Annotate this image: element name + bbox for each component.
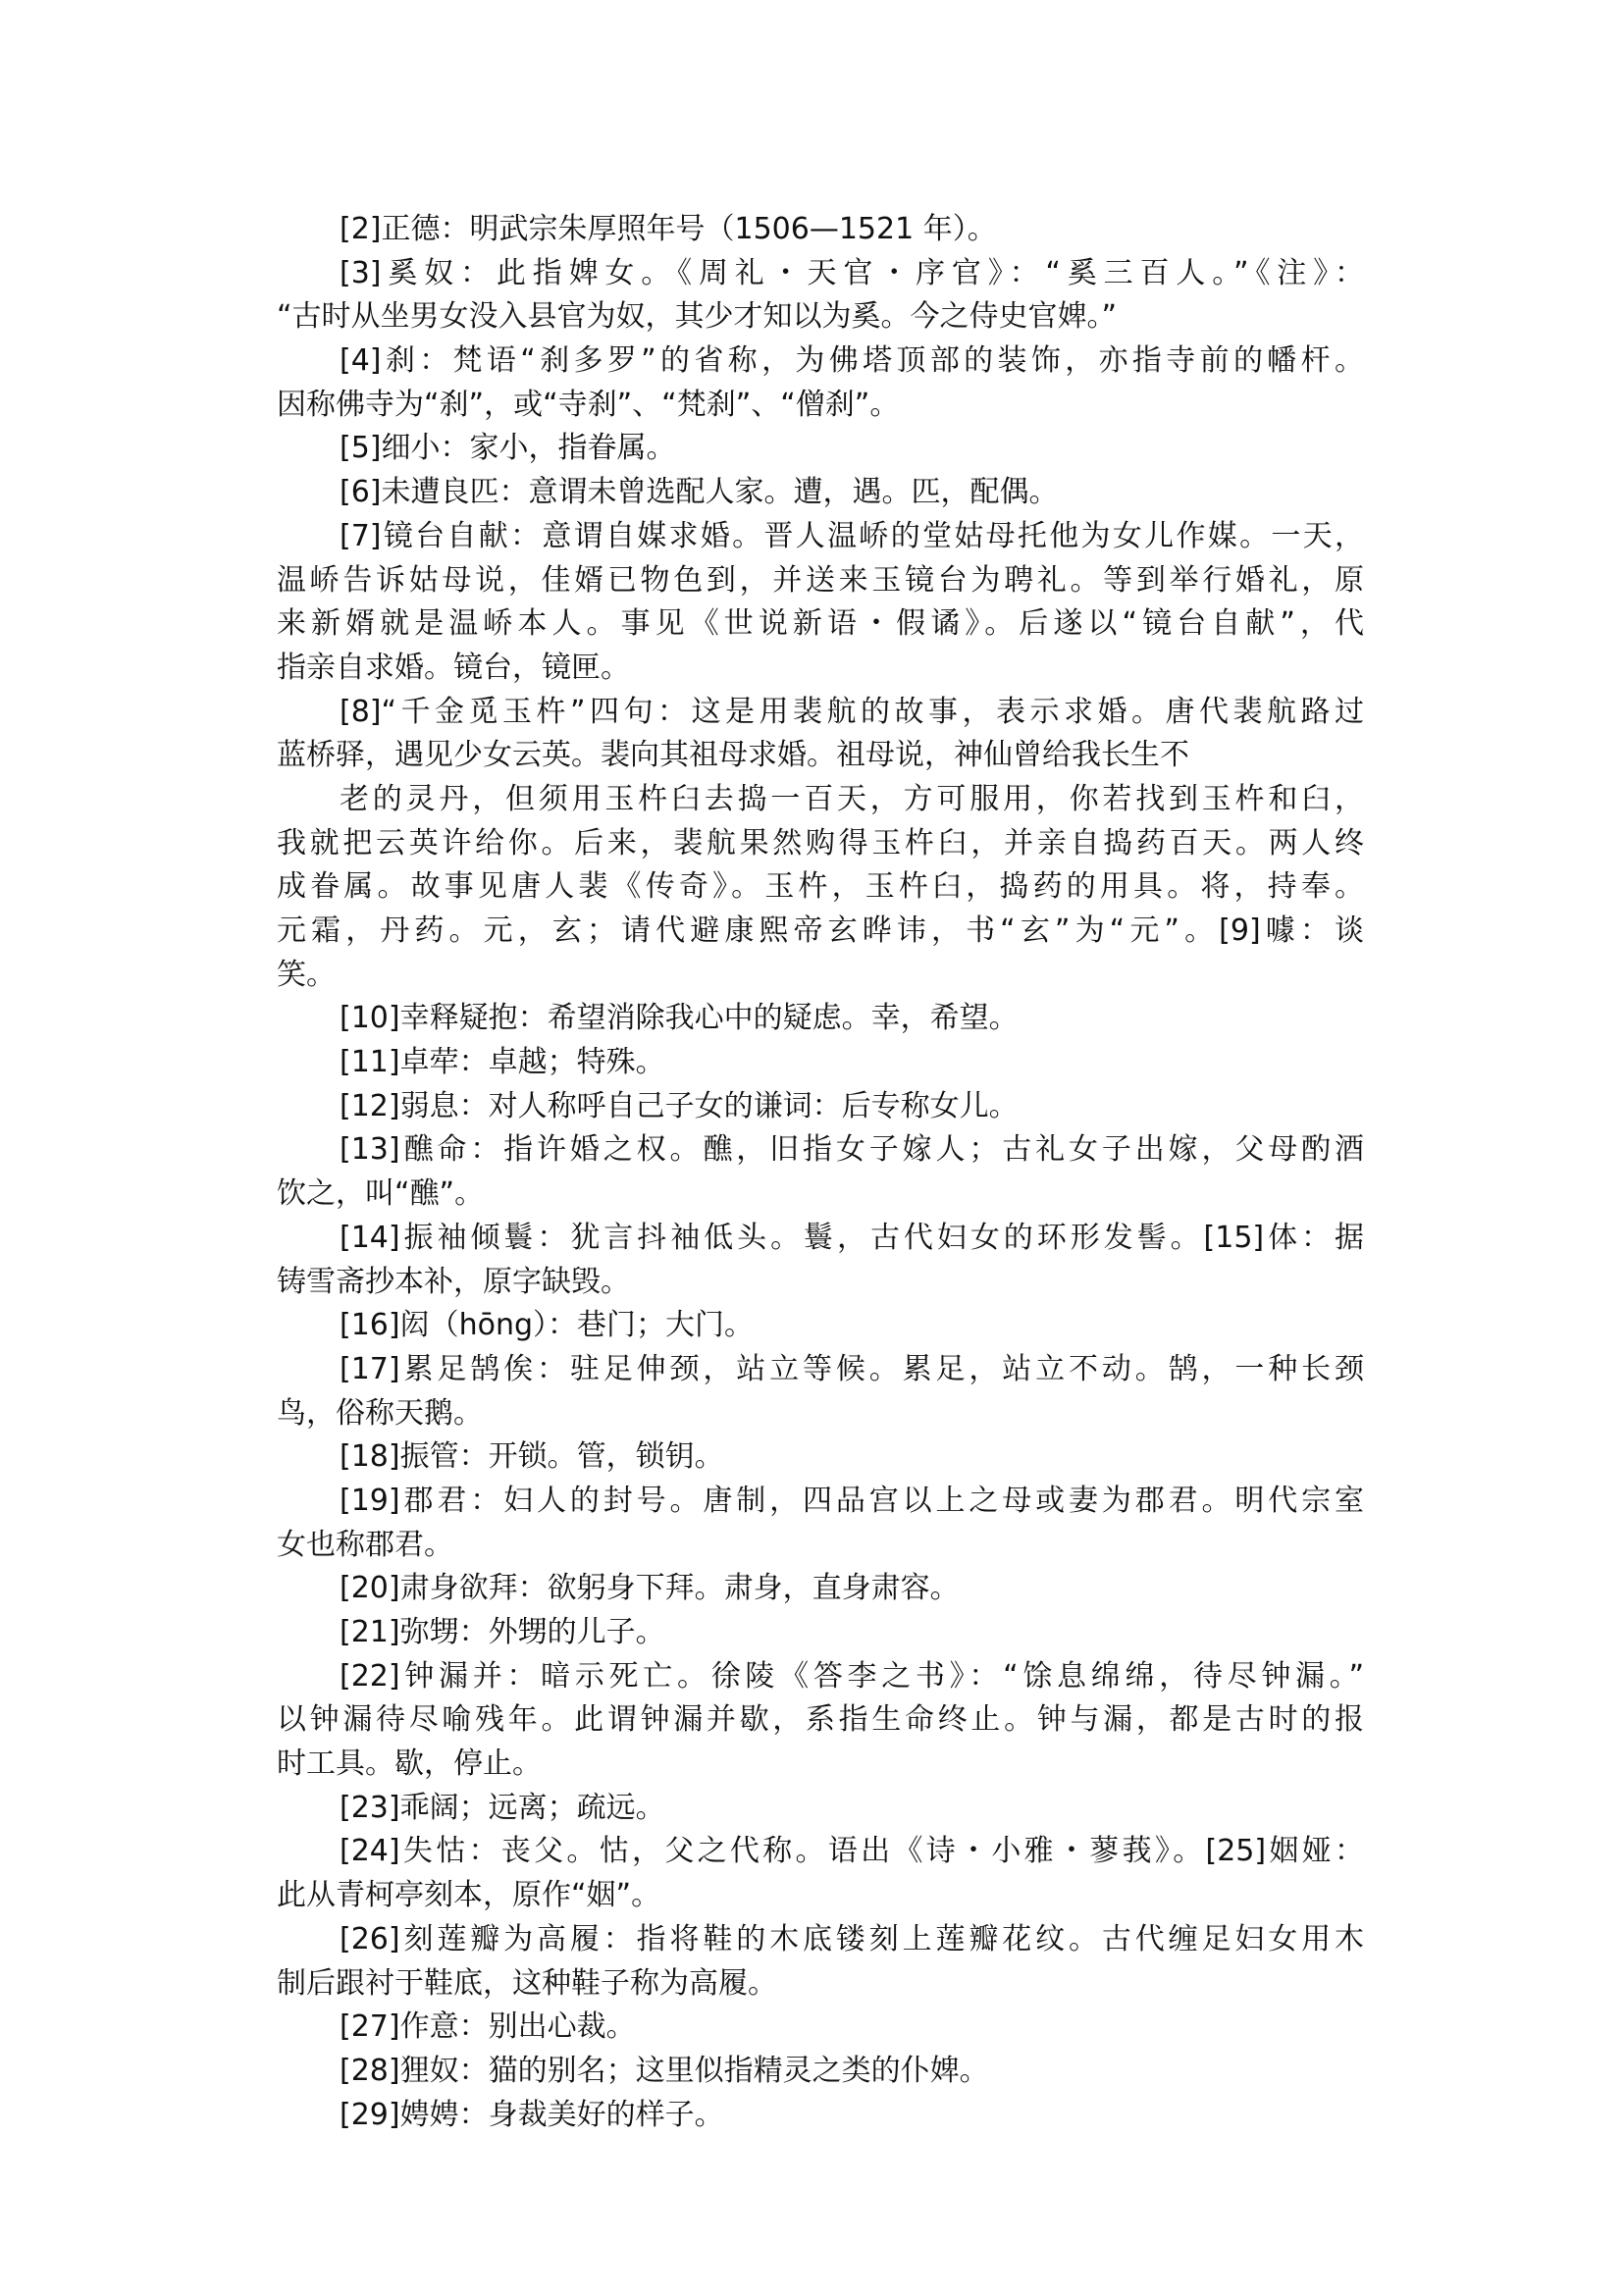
note-text-line: [3]奚奴：此指婢女。《周礼・天官・序官》：“奚三百人。”《注》：	[277, 252, 1364, 296]
note-text-line: 元霜，丹药。元，玄；请代避康熙帝玄晔讳，书“玄”为“元”。[9]噱：谈	[277, 910, 1364, 954]
note-text-line: 因称佛寺为“刹”，或“寺刹”、“梵刹”、“僧刹”。	[277, 384, 1364, 428]
note-text-line: 温峤告诉姑母说，佳婿已物色到，并送来玉镜台为聘礼。等到举行婚礼，原	[277, 559, 1364, 603]
note-text-line: 女也称郡君。	[277, 1524, 1364, 1568]
note-text-line: [29]娉娉：身裁美好的样子。	[277, 2094, 1364, 2138]
note-text-line: 时工具。歇，停止。	[277, 1743, 1364, 1787]
note-text-line: [20]肃身欲拜：欲躬身下拜。肃身，直身肃容。	[277, 1567, 1364, 1611]
note-text-line: 制后跟衬于鞋底，这种鞋子称为高履。	[277, 1962, 1364, 2007]
annotation-notes-page: [2]正德：明武宗朱厚照年号（1506—1521 年）。[3]奚奴：此指婢女。《…	[277, 208, 1364, 2137]
note-text-line: 此从青柯亭刻本，原作“姻”。	[277, 1874, 1364, 1918]
note-text-line: [13]醮命：指许婚之权。醮，旧指女子嫁人；古礼女子出嫁，父母酌酒	[277, 1128, 1364, 1173]
note-text-line: [21]弥甥：外甥的儿子。	[277, 1611, 1364, 1655]
note-text-line: [27]作意：别出心裁。	[277, 2006, 1364, 2050]
note-text-line: [16]闳（hōng）：巷门；大门。	[277, 1304, 1364, 1348]
note-text-line: 蓝桥驿，遇见少女云英。裴向其祖母求婚。祖母说，神仙曾给我长生不	[277, 734, 1364, 778]
note-text-line: 饮之，叫“醮”。	[277, 1173, 1364, 1217]
note-text-line: [24]失怙：丧父。怙，父之代称。语出《诗・小雅・蓼莪》。[25]姻娅：	[277, 1830, 1364, 1874]
note-text-line: [2]正德：明武宗朱厚照年号（1506—1521 年）。	[277, 208, 1364, 252]
note-text-line: 指亲自求婚。镜台，镜匣。	[277, 647, 1364, 691]
note-text-line: [22]钟漏并：暗示死亡。徐陵《答李之书》：“馀息绵绵，待尽钟漏。”	[277, 1655, 1364, 1699]
note-text-line: 老的灵丹，但须用玉杵臼去捣一百天，方可服用，你若找到玉杵和臼，	[277, 778, 1364, 822]
note-text-line: [17]累足鹄俟：驻足伸颈，站立等候。累足，站立不动。鹄，一种长颈	[277, 1348, 1364, 1392]
note-text-line: 我就把云英许给你。后来，裴航果然购得玉杵臼，并亲自捣药百天。两人终	[277, 822, 1364, 866]
note-text-line: [10]幸释疑抱：希望消除我心中的疑虑。幸，希望。	[277, 997, 1364, 1041]
note-text-line: “古时从坐男女没入县官为奴，其少才知以为奚。今之侍史官婢。”	[277, 295, 1364, 339]
note-text-line: [7]镜台自献：意谓自媒求婚。晋人温峤的堂姑母托他为女儿作媒。一天，	[277, 515, 1364, 559]
note-text-line: [18]振管：开锁。管，锁钥。	[277, 1435, 1364, 1480]
note-text-line: 以钟漏待尽喻残年。此谓钟漏并歇，系指生命终止。钟与漏，都是古时的报	[277, 1698, 1364, 1743]
note-text-line: [23]乖阔；远离；疏远。	[277, 1787, 1364, 1831]
note-text-line: [14]振袖倾鬟：犹言抖袖低头。鬟，古代妇女的环形发髻。[15]体：据	[277, 1217, 1364, 1261]
note-text-line: 成眷属。故事见唐人裴《传奇》。玉杵，玉杵臼，捣药的用具。将，持奉。	[277, 865, 1364, 910]
note-text-line: 来新婿就是温峤本人。事见《世说新语・假谲》。后遂以“镜台自献”，代	[277, 602, 1364, 647]
note-text-line: 笑。	[277, 954, 1364, 998]
note-text-line: [8]“千金觅玉杵”四句：这是用裴航的故事，表示求婚。唐代裴航路过	[277, 691, 1364, 735]
note-text-line: 鸟，俗称天鹅。	[277, 1392, 1364, 1436]
note-text-line: [28]狸奴：猫的别名；这里似指精灵之类的仆婢。	[277, 2050, 1364, 2094]
note-text-line: [19]郡君：妇人的封号。唐制，四品宫以上之母或妻为郡君。明代宗室	[277, 1480, 1364, 1524]
note-text-line: [12]弱息：对人称呼自己子女的谦词：后专称女儿。	[277, 1085, 1364, 1129]
note-text-line: [5]细小：家小，指眷属。	[277, 427, 1364, 471]
note-text-line: [4]刹：梵语“刹多罗”的省称，为佛塔顶部的装饰，亦指寺前的幡杆。	[277, 339, 1364, 384]
note-text-line: [26]刻莲瓣为高履：指将鞋的木底镂刻上莲瓣花纹。古代缠足妇女用木	[277, 1918, 1364, 1962]
note-text-line: [11]卓荦：卓越；特殊。	[277, 1041, 1364, 1085]
note-text-line: [6]未遭良匹：意谓未曾选配人家。遭，遇。匹，配偶。	[277, 471, 1364, 515]
note-text-line: 铸雪斋抄本补，原字缺毁。	[277, 1261, 1364, 1305]
